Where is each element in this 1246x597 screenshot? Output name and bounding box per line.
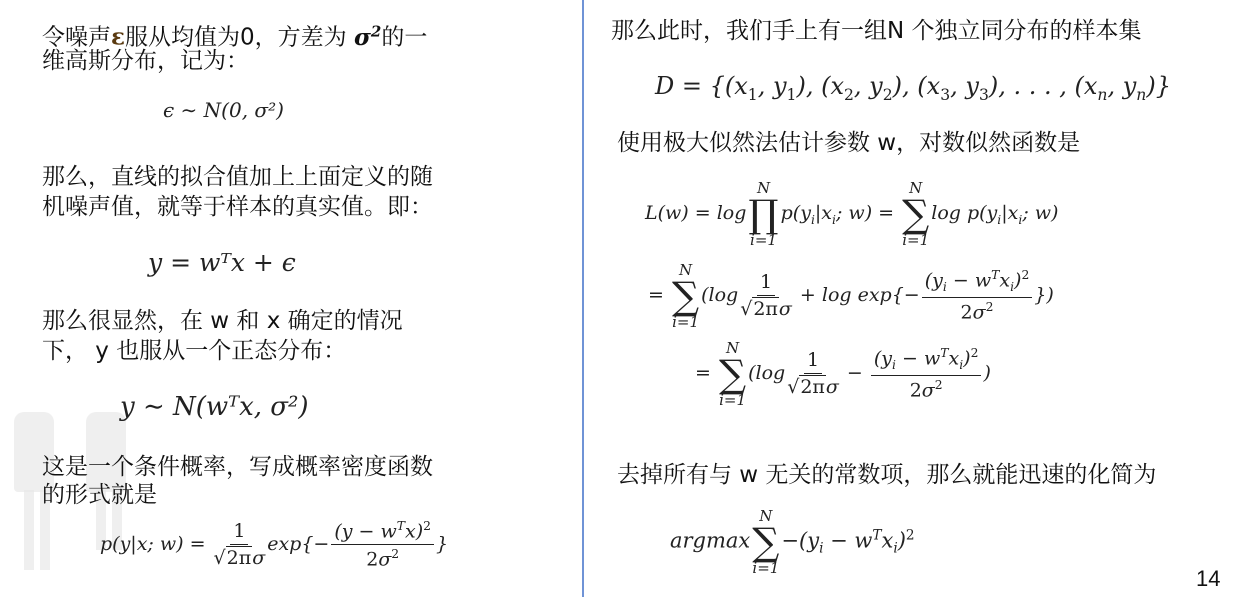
equation-linear-model: y = wᵀx + ϵ [148, 248, 296, 277]
left-paragraph-4-line-1: 这是一个条件概率，写成概率密度函数 [42, 452, 433, 482]
left-paragraph-1-line-2: 维高斯分布，记为： [42, 46, 249, 76]
equation-dataset: D = {(x1, y1), (x2, y2), (x3, y3), . . .… [655, 72, 1171, 104]
right-paragraph-3: 去掉所有与 w 无关的常数项，那么就能迅速的化简为 [617, 460, 1156, 490]
equation-log-likelihood-line-3: = Σ_{i=1}^{N} (log 1/(√(2π)σ) − (yi − wᵀ… [695, 340, 991, 408]
left-paragraph-2-line-1: 那么，直线的拟合值加上上面定义的随 [42, 162, 433, 192]
equation-text: ϵ ∼ N(0, σ²) [163, 98, 284, 122]
right-paragraph-1: 那么此时，我们手上有一组N 个独立同分布的样本集 [611, 16, 1142, 46]
column-divider [582, 0, 584, 597]
equation-conditional-pdf: p(y|x;w) = 1/(√(2π)σ) exp{−(y − wᵀx)²/(2… [100, 520, 448, 570]
left-paragraph-4-line-2: 的形式就是 [42, 480, 157, 510]
equation-log-likelihood-line-1: L(w) = log ∏_{i=1}^{N} p(yi|xi;w) = Σ_{i… [645, 180, 1058, 248]
right-paragraph-2: 使用极大似然法估计参数 w，对数似然函数是 [617, 128, 1080, 158]
equation-y-distribution: y ∼ N(wᵀx, σ²) [120, 392, 309, 422]
text: 的一 [381, 25, 427, 51]
left-paragraph-3-line-2: 下， y 也服从一个正态分布： [42, 336, 346, 366]
left-paragraph-2-line-2: 机噪声值，就等于样本的真实值。即： [42, 192, 433, 222]
equation-argmax: argmax Σ_{i=1}^{N} −(yi − wᵀxi)² argmaxN… [670, 508, 915, 576]
equation-log-likelihood-line-2: = Σ_{i=1}^{N} (log 1/(√(2π)σ) + log exp{… [648, 262, 1054, 330]
page-number: 14 [1196, 566, 1220, 592]
sigma-squared: σ2 [354, 24, 381, 51]
equation-noise-distribution: ϵ ∼ N(0, σ²) [163, 98, 284, 122]
left-paragraph-3-line-1: 那么很显然，在 w 和 x 确定的情况 [42, 306, 403, 336]
